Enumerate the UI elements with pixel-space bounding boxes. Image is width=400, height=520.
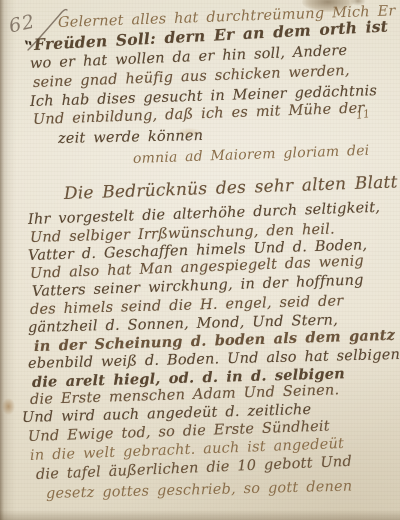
section-heading: Die Bedrücknüs des sehr alten Blatt bbox=[64, 172, 398, 204]
page-bottom-shadow bbox=[0, 510, 400, 520]
manuscript-page: 62 ‶ 11 Gelernet alles hat durchtreümung… bbox=[0, 0, 400, 520]
handwritten-line: gesetz gottes geschrieb, so gott denen bbox=[46, 479, 353, 502]
binding-shadow bbox=[0, 0, 16, 520]
handwritten-line: zeit werde können bbox=[58, 128, 204, 147]
latin-motto: omnia ad Maiorem gloriam dei bbox=[133, 143, 370, 167]
